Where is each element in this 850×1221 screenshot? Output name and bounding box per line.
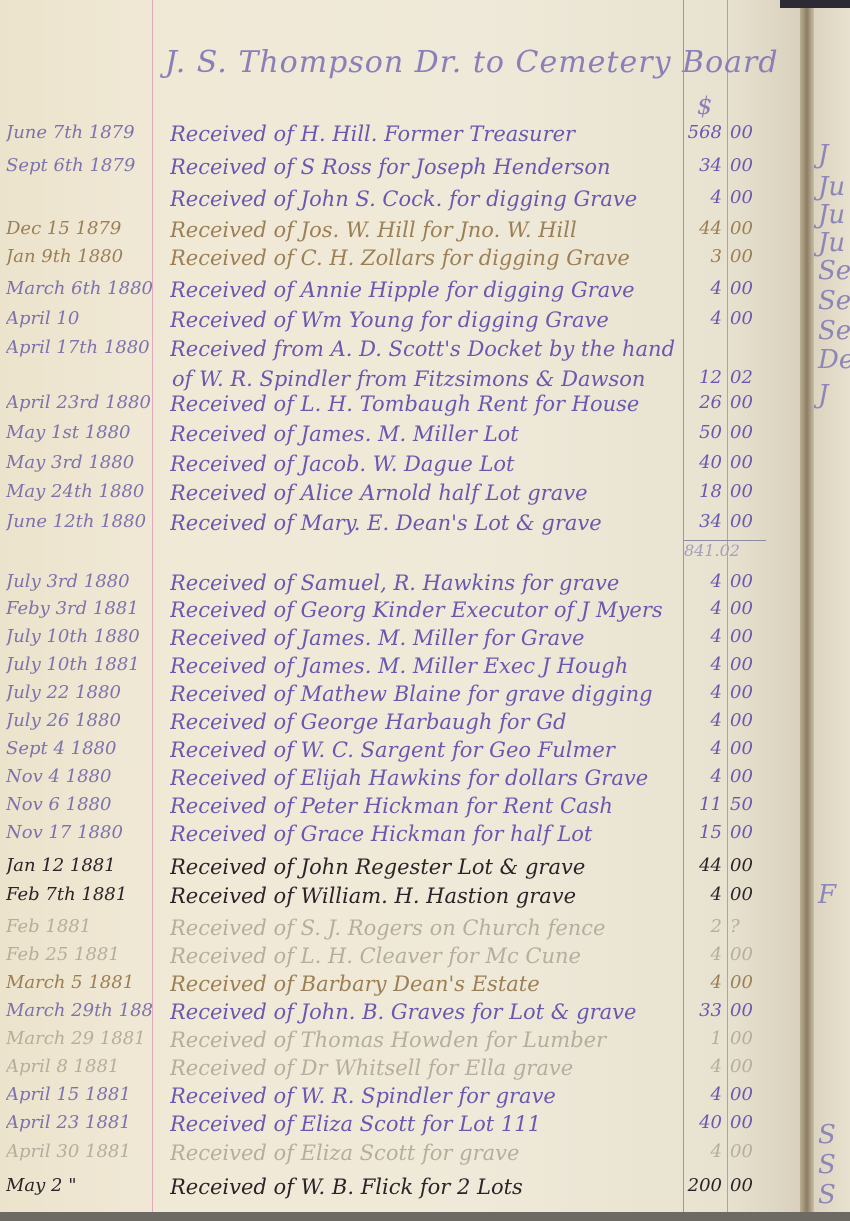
entry-cents: ?: [730, 916, 770, 937]
entry-date: Feb 25 1881: [6, 944, 152, 965]
entry-dollars: 4: [684, 710, 726, 731]
entry-description: Received of C. H. Zollars for digging Gr…: [170, 246, 680, 270]
facing-page-text: F: [818, 880, 836, 910]
entry-date: July 26 1880: [6, 710, 152, 731]
entry-description: Received of Alice Arnold half Lot grave: [170, 481, 680, 505]
entry-description: of W. R. Spindler from Fitzsimons & Daws…: [172, 367, 682, 391]
entry-description: Received of H. Hill. Former Treasurer: [170, 122, 680, 146]
ledger-row: April 8 1881 Received of Dr Whitsell for…: [0, 1056, 800, 1082]
facing-page-edge: J Ju Ju Ju Se Se Sep De J F S S S: [814, 0, 850, 1221]
facing-page-text: J: [818, 140, 828, 170]
ledger-row: May 2 " Received of W. B. Flick for 2 Lo…: [0, 1175, 800, 1201]
facing-page-text: J: [818, 380, 828, 410]
entry-description: Received of W. R. Spindler for grave: [170, 1084, 680, 1108]
entry-date: Nov 4 1880: [6, 766, 152, 787]
entry-date: April 30 1881: [6, 1141, 152, 1162]
facing-page-text: Se: [818, 256, 850, 286]
ledger-page: J. S. Thompson Dr. to Cemetery Board $ J…: [0, 0, 806, 1221]
ledger-row: April 17th 1880 Received from A. D. Scot…: [0, 337, 800, 363]
entry-dollars: 200: [684, 1175, 726, 1196]
entry-description: Received of L. H. Cleaver for Mc Cune: [170, 944, 680, 968]
entry-date: May 3rd 1880: [6, 452, 152, 473]
ledger-row: July 26 1880 Received of George Harbaugh…: [0, 710, 800, 736]
facing-page-text: Ju: [818, 228, 845, 258]
entry-description: Received of Samuel, R. Hawkins for grave: [170, 571, 680, 595]
entry-description: Received of Wm Young for digging Grave: [170, 308, 680, 332]
entry-dollars: 4: [684, 187, 726, 208]
entry-dollars: 33: [684, 1000, 726, 1021]
ledger-row: Jan 9th 1880 Received of C. H. Zollars f…: [0, 246, 800, 272]
ledger-row: April 23rd 1880 Received of L. H. Tombau…: [0, 392, 800, 418]
entry-date: July 10th 1880: [6, 626, 152, 647]
facing-page-text: Sep: [818, 316, 850, 346]
entry-date: Feb 1881: [6, 916, 152, 937]
ledger-row: July 3rd 1880 Received of Samuel, R. Haw…: [0, 571, 800, 597]
entry-cents: 00: [730, 218, 770, 239]
entry-description: Received of Georg Kinder Executor of J M…: [170, 598, 680, 622]
facing-page-text: De: [818, 345, 850, 375]
entry-description: Received of John. B. Graves for Lot & gr…: [170, 1000, 680, 1024]
entry-cents: 00: [730, 766, 770, 787]
entry-date: March 29th 1881: [6, 1000, 152, 1021]
entry-dollars: 4: [684, 598, 726, 619]
entry-cents: 00: [730, 1028, 770, 1049]
entry-dollars: 50: [684, 422, 726, 443]
ledger-row: May 3rd 1880 Received of Jacob. W. Dague…: [0, 452, 800, 478]
entry-dollars: 4: [684, 766, 726, 787]
entry-cents: 00: [730, 308, 770, 329]
entry-dollars: 4: [684, 1056, 726, 1077]
ledger-row: March 29 1881 Received of Thomas Howden …: [0, 1028, 800, 1054]
entry-cents: 00: [730, 654, 770, 675]
entry-cents: 00: [730, 626, 770, 647]
entry-description: Received of James. M. Miller Lot: [170, 422, 680, 446]
entry-date: Sept 4 1880: [6, 738, 152, 759]
entry-dollars: 12: [684, 367, 726, 388]
entry-description: Received of Jacob. W. Dague Lot: [170, 452, 680, 476]
subtotal-amount: 841.02: [684, 541, 740, 560]
entry-date: July 10th 1881: [6, 654, 152, 675]
ledger-row: May 1st 1880 Received of James. M. Mille…: [0, 422, 800, 448]
entry-date: April 23rd 1880: [6, 392, 152, 413]
entry-cents: 00: [730, 1000, 770, 1021]
entry-cents: 00: [730, 1141, 770, 1162]
entry-cents: 00: [730, 122, 770, 143]
entry-date: May 24th 1880: [6, 481, 152, 502]
entry-dollars: 2: [684, 916, 726, 937]
ledger-row: Dec 15 1879 Received of Jos. W. Hill for…: [0, 218, 800, 244]
entry-description: Received of Eliza Scott for Lot 111: [170, 1112, 680, 1136]
entry-date: March 6th 1880: [6, 278, 152, 299]
entry-dollars: 4: [684, 571, 726, 592]
facing-page-text: Ju: [818, 172, 845, 202]
ledger-row: March 29th 1881 Received of John. B. Gra…: [0, 1000, 800, 1026]
ledger-row: Feby 3rd 1881 Received of Georg Kinder E…: [0, 598, 800, 624]
entry-date: Sept 6th 1879: [6, 155, 152, 176]
entry-date: June 12th 1880: [6, 511, 152, 532]
ledger-row: June 12th 1880 Received of Mary. E. Dean…: [0, 511, 800, 537]
ledger-row: July 10th 1881 Received of James. M. Mil…: [0, 654, 800, 680]
entry-description: Received of James. M. Miller for Grave: [170, 626, 680, 650]
ledger-row: Received of John S. Cock. for digging Gr…: [0, 187, 800, 213]
entry-dollars: 34: [684, 511, 726, 532]
ledger-title: J. S. Thompson Dr. to Cemetery Board: [165, 45, 779, 80]
entry-date: Jan 12 1881: [6, 855, 152, 876]
entry-cents: 00: [730, 452, 770, 473]
entry-cents: 00: [730, 855, 770, 876]
entry-description: Received of Thomas Howden for Lumber: [170, 1028, 680, 1052]
ledger-row: Feb 7th 1881 Received of William. H. Has…: [0, 884, 800, 910]
binding-shadow: [780, 0, 850, 8]
entry-date: April 10: [6, 308, 152, 329]
entry-description: Received of Dr Whitsell for Ella grave: [170, 1056, 680, 1080]
ledger-row: May 24th 1880 Received of Alice Arnold h…: [0, 481, 800, 507]
entry-dollars: 40: [684, 1112, 726, 1133]
facing-page-text: S: [818, 1150, 836, 1180]
entry-date: March 5 1881: [6, 972, 152, 993]
ledger-row: March 5 1881 Received of Barbary Dean's …: [0, 972, 800, 998]
entry-dollars: 568: [684, 122, 726, 143]
facing-page-text: Se: [818, 286, 850, 316]
entry-cents: 00: [730, 422, 770, 443]
entry-dollars: 4: [684, 626, 726, 647]
entry-date: Dec 15 1879: [6, 218, 152, 239]
ledger-row: Feb 25 1881 Received of L. H. Cleaver fo…: [0, 944, 800, 970]
facing-page-text: S: [818, 1120, 836, 1150]
entry-date: June 7th 1879: [6, 122, 152, 143]
entry-description: Received of Elijah Hawkins for dollars G…: [170, 766, 680, 790]
entry-date: Nov 17 1880: [6, 822, 152, 843]
entry-cents: 00: [730, 822, 770, 843]
facing-page-text: S: [818, 1180, 836, 1210]
entry-description: Received of W. B. Flick for 2 Lots: [170, 1175, 680, 1199]
entry-dollars: 4: [684, 1141, 726, 1162]
entry-date: May 2 ": [6, 1175, 152, 1196]
ledger-row: Jan 12 1881 Received of John Regester Lo…: [0, 855, 800, 881]
entry-cents: 00: [730, 944, 770, 965]
ledger-row: of W. R. Spindler from Fitzsimons & Daws…: [0, 367, 800, 393]
entry-cents: 00: [730, 187, 770, 208]
ledger-row: Nov 17 1880 Received of Grace Hickman fo…: [0, 822, 800, 848]
ledger-row: Sept 4 1880 Received of W. C. Sargent fo…: [0, 738, 800, 764]
entry-cents: 00: [730, 1175, 770, 1196]
entry-date: April 17th 1880: [6, 337, 152, 358]
ledger-row: June 7th 1879 Received of H. Hill. Forme…: [0, 122, 800, 148]
facing-page-text: Ju: [818, 200, 845, 230]
entry-date: Jan 9th 1880: [6, 246, 152, 267]
entry-cents: 00: [730, 481, 770, 502]
entry-cents: 00: [730, 246, 770, 267]
entry-dollars: 18: [684, 481, 726, 502]
entry-dollars: 11: [684, 794, 726, 815]
entry-dollars: 4: [684, 682, 726, 703]
entry-cents: 00: [730, 710, 770, 731]
ledger-row: April 23 1881 Received of Eliza Scott fo…: [0, 1112, 800, 1138]
ledger-row: April 30 1881 Received of Eliza Scott fo…: [0, 1141, 800, 1167]
entry-dollars: 4: [684, 972, 726, 993]
entry-cents: 00: [730, 738, 770, 759]
entry-cents: 00: [730, 278, 770, 299]
entry-date: July 3rd 1880: [6, 571, 152, 592]
entry-description: Received of Grace Hickman for half Lot: [170, 822, 680, 846]
entry-description: Received of L. H. Tombaugh Rent for Hous…: [170, 392, 680, 416]
entry-cents: 02: [730, 367, 770, 388]
entry-cents: 00: [730, 571, 770, 592]
entry-dollars: 44: [684, 218, 726, 239]
entry-description: Received from A. D. Scott's Docket by th…: [170, 337, 680, 361]
ledger-row: Nov 6 1880 Received of Peter Hickman for…: [0, 794, 800, 820]
ledger-row: July 22 1880 Received of Mathew Blaine f…: [0, 682, 800, 708]
ledger-row: March 6th 1880 Received of Annie Hipple …: [0, 278, 800, 304]
entry-cents: 00: [730, 1084, 770, 1105]
entry-description: Received of S Ross for Joseph Henderson: [170, 155, 680, 179]
entry-dollars: 34: [684, 155, 726, 176]
entry-dollars: 26: [684, 392, 726, 413]
entry-date: April 8 1881: [6, 1056, 152, 1077]
entry-cents: 00: [730, 972, 770, 993]
entry-dollars: 40: [684, 452, 726, 473]
book-gutter: [800, 0, 814, 1221]
ledger-row: July 10th 1880 Received of James. M. Mil…: [0, 626, 800, 652]
entry-dollars: 4: [684, 654, 726, 675]
ledger-row: April 10 Received of Wm Young for diggin…: [0, 308, 800, 334]
entry-cents: 50: [730, 794, 770, 815]
entry-date: May 1st 1880: [6, 422, 152, 443]
entry-date: Nov 6 1880: [6, 794, 152, 815]
entry-dollars: 4: [684, 738, 726, 759]
entry-description: Received of Peter Hickman for Rent Cash: [170, 794, 680, 818]
entry-cents: 00: [730, 511, 770, 532]
entry-cents: 00: [730, 392, 770, 413]
entry-date: April 23 1881: [6, 1112, 152, 1133]
entry-description: Received of Eliza Scott for grave: [170, 1141, 680, 1165]
entry-date: Feby 3rd 1881: [6, 598, 152, 619]
entry-description: Received of S. J. Rogers on Church fence: [170, 916, 680, 940]
entry-dollars: 4: [684, 884, 726, 905]
entry-cents: 00: [730, 1056, 770, 1077]
entry-date: Feb 7th 1881: [6, 884, 152, 905]
entry-description: Received of George Harbaugh for Gd: [170, 710, 680, 734]
entry-dollars: 1: [684, 1028, 726, 1049]
entry-description: Received of Annie Hipple for digging Gra…: [170, 278, 680, 302]
entry-dollars: 44: [684, 855, 726, 876]
entry-description: Received of James. M. Miller Exec J Houg…: [170, 654, 680, 678]
entry-dollars: 4: [684, 278, 726, 299]
entry-dollars: 15: [684, 822, 726, 843]
page-bottom-shadow: [0, 1212, 850, 1221]
entry-description: Received of Mathew Blaine for grave digg…: [170, 682, 680, 706]
entry-date: March 29 1881: [6, 1028, 152, 1049]
entry-description: Received of Barbary Dean's Estate: [170, 972, 680, 996]
ledger-row: Sept 6th 1879 Received of S Ross for Jos…: [0, 155, 800, 181]
entry-dollars: 3: [684, 246, 726, 267]
currency-symbol: $: [697, 92, 712, 120]
entry-date: April 15 1881: [6, 1084, 152, 1105]
ledger-row: Feb 1881 Received of S. J. Rogers on Chu…: [0, 916, 800, 942]
ledger-row: April 15 1881 Received of W. R. Spindler…: [0, 1084, 800, 1110]
entry-cents: 00: [730, 884, 770, 905]
entry-dollars: 4: [684, 1084, 726, 1105]
entry-description: Received of John Regester Lot & grave: [170, 855, 680, 879]
ledger-row: Nov 4 1880 Received of Elijah Hawkins fo…: [0, 766, 800, 792]
entry-description: Received of John S. Cock. for digging Gr…: [170, 187, 680, 211]
entry-description: Received of Mary. E. Dean's Lot & grave: [170, 511, 680, 535]
entry-cents: 00: [730, 598, 770, 619]
entry-cents: 00: [730, 682, 770, 703]
entry-dollars: 4: [684, 944, 726, 965]
entry-description: Received of W. C. Sargent for Geo Fulmer: [170, 738, 680, 762]
entry-description: Received of Jos. W. Hill for Jno. W. Hil…: [170, 218, 680, 242]
entry-dollars: 4: [684, 308, 726, 329]
entry-date: July 22 1880: [6, 682, 152, 703]
entry-cents: 00: [730, 1112, 770, 1133]
entry-cents: 00: [730, 155, 770, 176]
entry-description: Received of William. H. Hastion grave: [170, 884, 680, 908]
